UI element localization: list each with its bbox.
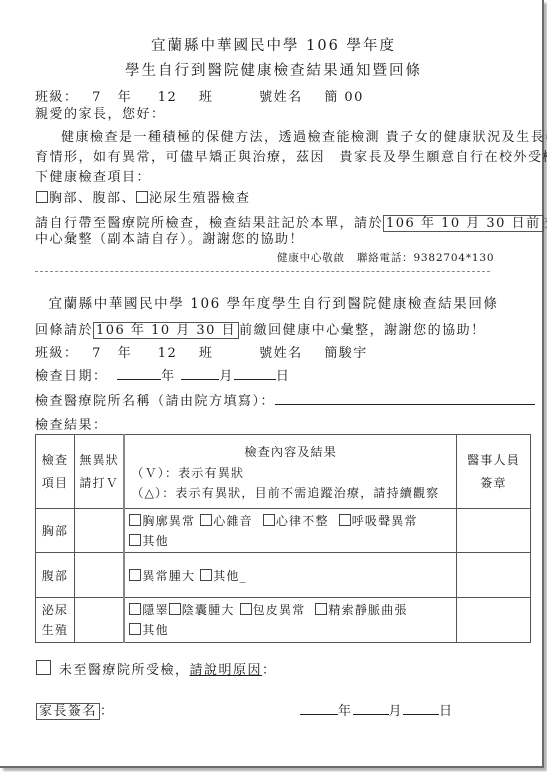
legend-observe: （△）：表示有異狀，目前不需追蹤治療，請持續觀察 — [129, 483, 452, 503]
document-page: 宜蘭縣中華國民中學 106 學年度 學生自行到醫院健康檢查結果通知暨回條 班級：… — [0, 0, 544, 768]
checkbox[interactable] — [129, 534, 141, 546]
header-text: 檢查 — [40, 449, 70, 472]
hospital-name-field[interactable] — [275, 393, 535, 405]
option-label: 精索靜脈曲張 — [328, 603, 407, 617]
table-row-chest: 胸部 胸廓異常 心雜音 心律不整 呼吸聲異常 其他 — [36, 509, 531, 553]
row-item: 胸部 — [36, 509, 75, 553]
option-label: 其他 — [142, 623, 168, 637]
checkbox-chest-abdomen[interactable] — [36, 191, 48, 203]
table-row-urogenital: 泌尿 生殖 隱睪陰囊腫大 包皮異常 精索靜脈曲張 其他 — [36, 598, 531, 643]
exam-day-field[interactable] — [234, 368, 276, 380]
day-unit: 日 — [276, 369, 291, 384]
header-medical-staff: 醫事人員 簽章 — [457, 435, 531, 509]
checkbox[interactable] — [200, 569, 212, 581]
staff-sign-cell[interactable] — [457, 509, 531, 553]
name-label: 號姓名 — [259, 346, 303, 361]
reply-title: 宜蘭縣中華國民中學 106 學年度學生自行到醫院健康檢查結果回條 — [0, 292, 547, 312]
option-label: 其他_ — [213, 569, 247, 583]
exam-date-label: 檢查日期： — [35, 369, 108, 384]
signoff: 健康中心敬啟 — [277, 252, 345, 264]
body-line-3: 下健康檢查項目： — [35, 166, 151, 185]
greeting: 親愛的家長，您好： — [35, 103, 166, 122]
row-item: 泌尿 生殖 — [36, 598, 75, 643]
checkbox[interactable] — [129, 623, 141, 635]
exam-month-field[interactable] — [181, 368, 219, 380]
student-name: 簡 00 — [324, 90, 364, 105]
notice-title-line2: 學生自行到醫院健康檢查結果通知暨回條 — [0, 59, 547, 80]
year-unit: 年 — [161, 369, 176, 384]
checkbox[interactable] — [315, 603, 327, 615]
instruction-suffix: 交至健康 — [544, 216, 547, 231]
checkbox[interactable] — [129, 603, 141, 615]
row-item-text: 泌尿 — [40, 600, 70, 620]
header-text: 檢查內容及結果 — [129, 441, 452, 463]
checkbox[interactable] — [263, 514, 275, 526]
header-text: 簽章 — [461, 472, 526, 495]
row-options: 隱睪陰囊腫大 包皮異常 精索靜脈曲張 其他 — [124, 598, 456, 643]
grade-value: 7 — [92, 346, 102, 361]
legend-abnormal: （Ｖ）：表示有異狀 — [129, 463, 452, 483]
results-table: 檢查 項目 無異狀 請打Ｖ 檢查內容及結果 （Ｖ）：表示有異狀 （△）：表示有異… — [35, 434, 531, 643]
no-abnormal-cell[interactable] — [74, 553, 124, 598]
year-unit: 年 — [338, 704, 353, 719]
phone-number: 9382704*130 — [413, 252, 494, 264]
not-examined-row: 未至醫療院所受檢，請說明原因： — [36, 659, 277, 678]
return-deadline-box: 106 年 10 月 30 日 — [93, 322, 239, 339]
checkbox[interactable] — [129, 569, 141, 581]
item-urogenital: 泌尿生殖器檢查 — [149, 191, 251, 206]
option-label: 呼吸聲異常 — [352, 514, 418, 528]
class-unit: 班 — [199, 90, 214, 105]
signature-date-row: 年月日 — [300, 700, 454, 719]
staff-sign-cell[interactable] — [457, 553, 531, 598]
explain-reason-text: 請說明原因 — [190, 663, 263, 678]
header-content-results: 檢查內容及結果 （Ｖ）：表示有異狀 （△）：表示有異狀，目前不需追蹤治療，請持續… — [124, 435, 456, 509]
notice-title-line1: 宜蘭縣中華國民中學 106 學年度 — [0, 34, 547, 55]
hospital-row: 檢查醫療院所名稱（請由院方填寫）： — [35, 390, 535, 409]
month-unit: 月 — [219, 369, 234, 384]
grade-unit: 年 — [118, 346, 133, 361]
sign-year-field[interactable] — [300, 703, 338, 715]
row-options: 異常腫大 其他_ — [124, 553, 456, 598]
cut-line-divider — [35, 271, 490, 272]
deadline-box: 106 年 10 月 30 日前 — [383, 215, 544, 232]
results-label: 檢查結果： — [35, 414, 108, 433]
day-unit: 日 — [439, 704, 454, 719]
exam-items: 胸部、腹部、泌尿生殖器檢查 — [36, 187, 251, 206]
instruction-line-2: 中心彙整（副本請自存）。謝謝您的協助！ — [35, 228, 304, 247]
option-label: 隱睪 — [142, 603, 168, 617]
row-options: 胸廓異常 心雜音 心律不整 呼吸聲異常 其他 — [124, 509, 456, 553]
body-line-1: 健康檢查是一種積極的保健方法，透過檢查能檢測 貴子女的健康狀況及生長發 — [61, 126, 547, 145]
return-prefix: 回條請於 — [35, 323, 93, 338]
checkbox[interactable] — [169, 603, 181, 615]
parent-signature-label: 家長簽名 — [36, 703, 100, 720]
staff-sign-cell[interactable] — [457, 598, 531, 643]
parent-signature-row: 家長簽名： — [36, 700, 115, 719]
option-label: 包皮異常 — [253, 603, 306, 617]
header-text: 無異狀 — [79, 449, 119, 472]
option-label: 心雜音 — [213, 514, 253, 528]
row-item: 腹部 — [36, 553, 75, 598]
class-unit: 班 — [199, 346, 214, 361]
reply-class-info: 班級： 7 年 12 班 號姓名 簡駿宇 — [35, 342, 368, 361]
header-text: 醫事人員 — [461, 449, 526, 472]
sign-day-field[interactable] — [403, 703, 439, 715]
header-exam-item: 檢查 項目 — [36, 435, 75, 509]
header-text: 項目 — [40, 472, 70, 495]
row-item-text: 生殖 — [40, 620, 70, 640]
table-header-row: 檢查 項目 無異狀 請打Ｖ 檢查內容及結果 （Ｖ）：表示有異狀 （△）：表示有異… — [36, 435, 531, 509]
option-label: 胸廓異常 — [142, 514, 195, 528]
not-examined-text: 未至醫療院所受檢， — [59, 663, 190, 678]
exam-year-field[interactable] — [117, 368, 161, 380]
header-text: 請打Ｖ — [79, 472, 119, 495]
class-label: 班級： — [35, 346, 79, 361]
exam-date-row: 檢查日期： 年 月日 — [35, 365, 290, 384]
student-name: 簡駿宇 — [324, 346, 368, 361]
option-label: 其他 — [142, 534, 168, 548]
table-row-abdomen: 腹部 異常腫大 其他_ — [36, 553, 531, 598]
phone-label: 聯絡電話： — [357, 252, 414, 264]
name-label: 號姓名 — [259, 90, 303, 105]
checkbox[interactable] — [129, 514, 141, 526]
checkbox-not-examined[interactable] — [36, 660, 51, 675]
checkbox[interactable] — [339, 514, 351, 526]
no-abnormal-cell[interactable] — [74, 598, 124, 643]
option-label: 異常腫大 — [142, 569, 195, 583]
option-label: 陰囊腫大 — [182, 603, 235, 617]
colon: ： — [262, 663, 277, 678]
checkbox[interactable] — [240, 603, 252, 615]
option-label: 心律不整 — [276, 514, 329, 528]
item-chest-abdomen: 胸部、腹部、 — [49, 191, 136, 206]
checkbox[interactable] — [200, 514, 212, 526]
sign-month-field[interactable] — [353, 703, 389, 715]
signoff-line: 健康中心敬啟 聯絡電話：9382704*130 — [277, 250, 494, 265]
return-suffix: 前繳回健康中心彙整，謝謝您的協助！ — [239, 323, 486, 338]
no-abnormal-cell[interactable] — [74, 509, 124, 553]
checkbox-urogenital[interactable] — [136, 191, 148, 203]
colon: ： — [100, 704, 115, 719]
month-unit: 月 — [389, 704, 404, 719]
hospital-label: 檢查醫療院所名稱（請由院方填寫）： — [35, 394, 275, 409]
class-value: 12 — [158, 346, 178, 361]
header-no-abnormal: 無異狀 請打Ｖ — [74, 435, 124, 509]
return-instruction: 回條請於106 年 10 月 30 日前繳回健康中心彙整，謝謝您的協助！ — [35, 319, 486, 338]
body-line-2: 育情形，如有異常，可儘早矯正與治療，茲因 貴家長及學生願意自行在校外受檢以 — [35, 146, 547, 165]
